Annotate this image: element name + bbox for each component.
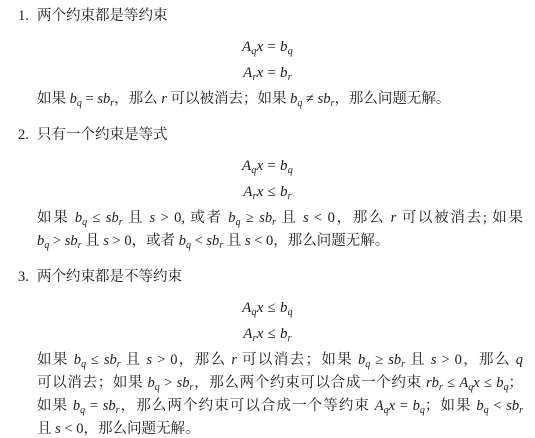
item-2-heading-row: 2. 只有一个约束是等式 <box>37 125 521 145</box>
item-3-equation-block: Aqx ≤ bq Arx ≤ br <box>0 295 535 347</box>
paragraph-line: 如果 bq ≤ sbr 且 s > 0, 或者 bq ≥ sbr 且 s < 0… <box>37 207 523 230</box>
paragraph-line: 可以消去；如果 bq > sbr，那么两个约束可以合成一个约束 rbr ≤ Aq… <box>37 372 523 395</box>
item-2-number: 2. <box>18 125 29 145</box>
item-3-paragraph: 如果 bq ≤ sbr 且 s > 0，那么 r 可以消去；如果 bq ≥ sb… <box>37 349 521 438</box>
equation: Arx ≤ br <box>0 321 535 347</box>
list-item-1: 1. 两个约束都是等约束 Aqx = bq Arx = br 如果 bq = s… <box>0 6 521 111</box>
item-1-heading: 两个约束都是等约束 <box>37 8 168 24</box>
equation: Aqx = bq <box>0 153 535 179</box>
item-2-paragraph: 如果 bq ≤ sbr 且 s > 0, 或者 bq ≥ sbr 且 s < 0… <box>37 207 521 253</box>
paragraph-line: 如果 bq ≤ sbr 且 s > 0，那么 r 可以消去；如果 bq ≥ sb… <box>37 349 523 372</box>
item-3-heading: 两个约束都是不等约束 <box>37 269 182 285</box>
paragraph-line: bq > sbr 且 s > 0，或者 bq < sbr 且 s < 0，那么问… <box>37 230 523 253</box>
document-page: 1. 两个约束都是等约束 Aqx = bq Arx = br 如果 bq = s… <box>0 0 535 438</box>
item-1-equation-block: Aqx = bq Arx = br <box>0 34 535 86</box>
item-1-number: 1. <box>18 6 29 26</box>
list-item-3: 3. 两个约束都是不等约束 Aqx ≤ bq Arx ≤ br 如果 bq ≤ … <box>0 267 521 438</box>
item-2-heading: 只有一个约束是等式 <box>37 127 168 143</box>
item-1-paragraph: 如果 bq = sbr，那么 r 可以被消去；如果 bq ≠ sbr，那么问题无… <box>37 88 521 111</box>
item-3-number: 3. <box>18 267 29 287</box>
equation: Arx = br <box>0 60 535 86</box>
item-1-heading-row: 1. 两个约束都是等约束 <box>37 6 521 26</box>
item-2-equation-block: Aqx = bq Arx ≤ br <box>0 153 535 205</box>
paragraph-line: 且 s < 0，那么问题无解。 <box>37 418 523 438</box>
equation: Arx ≤ br <box>0 179 535 205</box>
item-3-heading-row: 3. 两个约束都是不等约束 <box>37 267 521 287</box>
paragraph-line: 如果 bq = sbr，那么 r 可以被消去；如果 bq ≠ sbr，那么问题无… <box>37 88 523 111</box>
list-item-2: 2. 只有一个约束是等式 Aqx = bq Arx ≤ br 如果 bq ≤ s… <box>0 125 521 253</box>
equation: Aqx = bq <box>0 34 535 60</box>
equation: Aqx ≤ bq <box>0 295 535 321</box>
paragraph-line: 如果 bq = sbr，那么两个约束可以合成一个等约束 Aqx = bq；如果 … <box>37 395 523 418</box>
